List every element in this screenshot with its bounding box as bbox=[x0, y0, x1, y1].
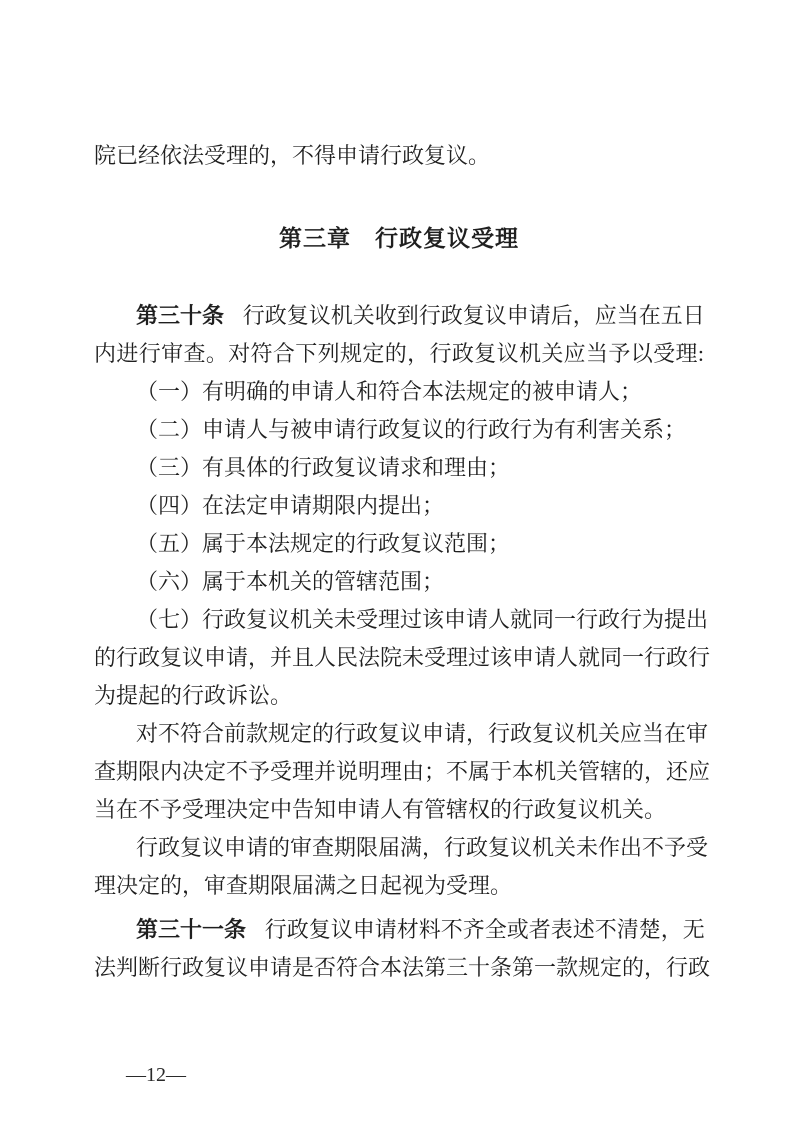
text-line: 为提起的行政诉讼。 bbox=[94, 677, 704, 715]
chapter-heading: 第三章 行政复议受理 bbox=[94, 219, 704, 257]
document-body: 院已经依法受理的，不得申请行政复议。 第三章 行政复议受理 第三十条行政复议机关… bbox=[94, 137, 704, 987]
text-line: 行政复议申请材料不齐全或者表述不清楚，无 bbox=[265, 917, 705, 942]
text-line: 的行政复议申请，并且人民法院未受理过该申请人就同一行政行 bbox=[94, 639, 704, 677]
list-item-line: （六）属于本机关的管辖范围； bbox=[94, 563, 704, 601]
text-line: 行政复议申请的审查期限届满，行政复议机关未作出不予受 bbox=[94, 829, 704, 867]
article-30-line: 第三十条行政复议机关收到行政复议申请后，应当在五日 bbox=[94, 297, 704, 335]
text-line: 理决定的，审查期限届满之日起视为受理。 bbox=[94, 867, 704, 905]
list-item-line: （七）行政复议机关未受理过该申请人就同一行政行为提出 bbox=[94, 601, 704, 639]
list-item-line: （五）属于本法规定的行政复议范围； bbox=[94, 525, 704, 563]
article-31-line: 第三十一条行政复议申请材料不齐全或者表述不清楚，无 bbox=[94, 911, 704, 949]
text-line: 当在不予受理决定中告知申请人有管辖权的行政复议机关。 bbox=[94, 791, 704, 829]
text-line: 法判断行政复议申请是否符合本法第三十条第一款规定的，行政 bbox=[94, 949, 704, 987]
list-item-line: （二）申请人与被申请行政复议的行政行为有利害关系； bbox=[94, 411, 704, 449]
text-line: 行政复议机关收到行政复议申请后，应当在五日 bbox=[243, 303, 705, 328]
page-number: —12— bbox=[126, 1061, 186, 1089]
text-line: 查期限内决定不予受理并说明理由；不属于本机关管辖的，还应 bbox=[94, 753, 704, 791]
article-number: 第三十一条 bbox=[136, 917, 246, 942]
list-item-line: （一）有明确的申请人和符合本法规定的被申请人； bbox=[94, 373, 704, 411]
text-line: 内进行审查。对符合下列规定的，行政复议机关应当予以受理: bbox=[94, 335, 704, 373]
article-number: 第三十条 bbox=[136, 303, 224, 328]
document-page: 院已经依法受理的，不得申请行政复议。 第三章 行政复议受理 第三十条行政复议机关… bbox=[0, 0, 793, 1122]
list-item-line: （四）在法定申请期限内提出； bbox=[94, 487, 704, 525]
text-line: 院已经依法受理的，不得申请行政复议。 bbox=[94, 137, 704, 175]
text-line: 对不符合前款规定的行政复议申请，行政复议机关应当在审 bbox=[94, 715, 704, 753]
list-item-line: （三）有具体的行政复议请求和理由； bbox=[94, 449, 704, 487]
